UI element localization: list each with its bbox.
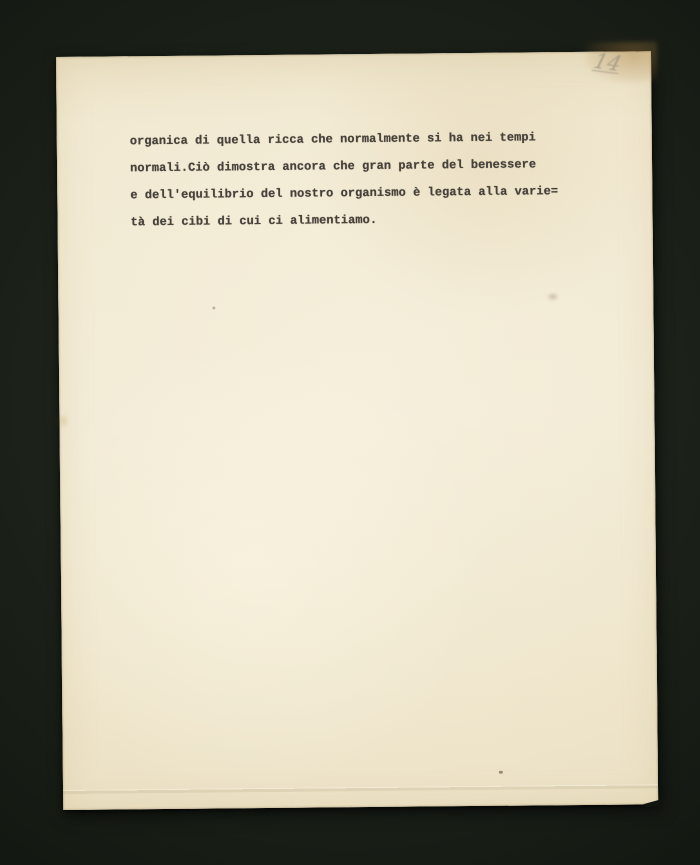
paper-speck <box>499 771 503 774</box>
typed-line-4: tà dei cibi di cui ci alimentiamo. <box>130 205 600 237</box>
typed-text-block: organica di quella ricca che normalmente… <box>130 124 601 237</box>
photo-background: 14 organica di quella ricca che normalme… <box>0 0 700 865</box>
typed-line-3: e dell'equilibrio del nostro organismo è… <box>130 178 600 210</box>
paper-speck <box>212 306 215 309</box>
paper-smudge <box>546 292 559 301</box>
left-edge-stain <box>57 413 69 429</box>
document-page: 14 organica di quella ricca che normalme… <box>56 51 658 810</box>
corner-tear <box>643 799 660 807</box>
bottom-crease <box>63 784 658 794</box>
